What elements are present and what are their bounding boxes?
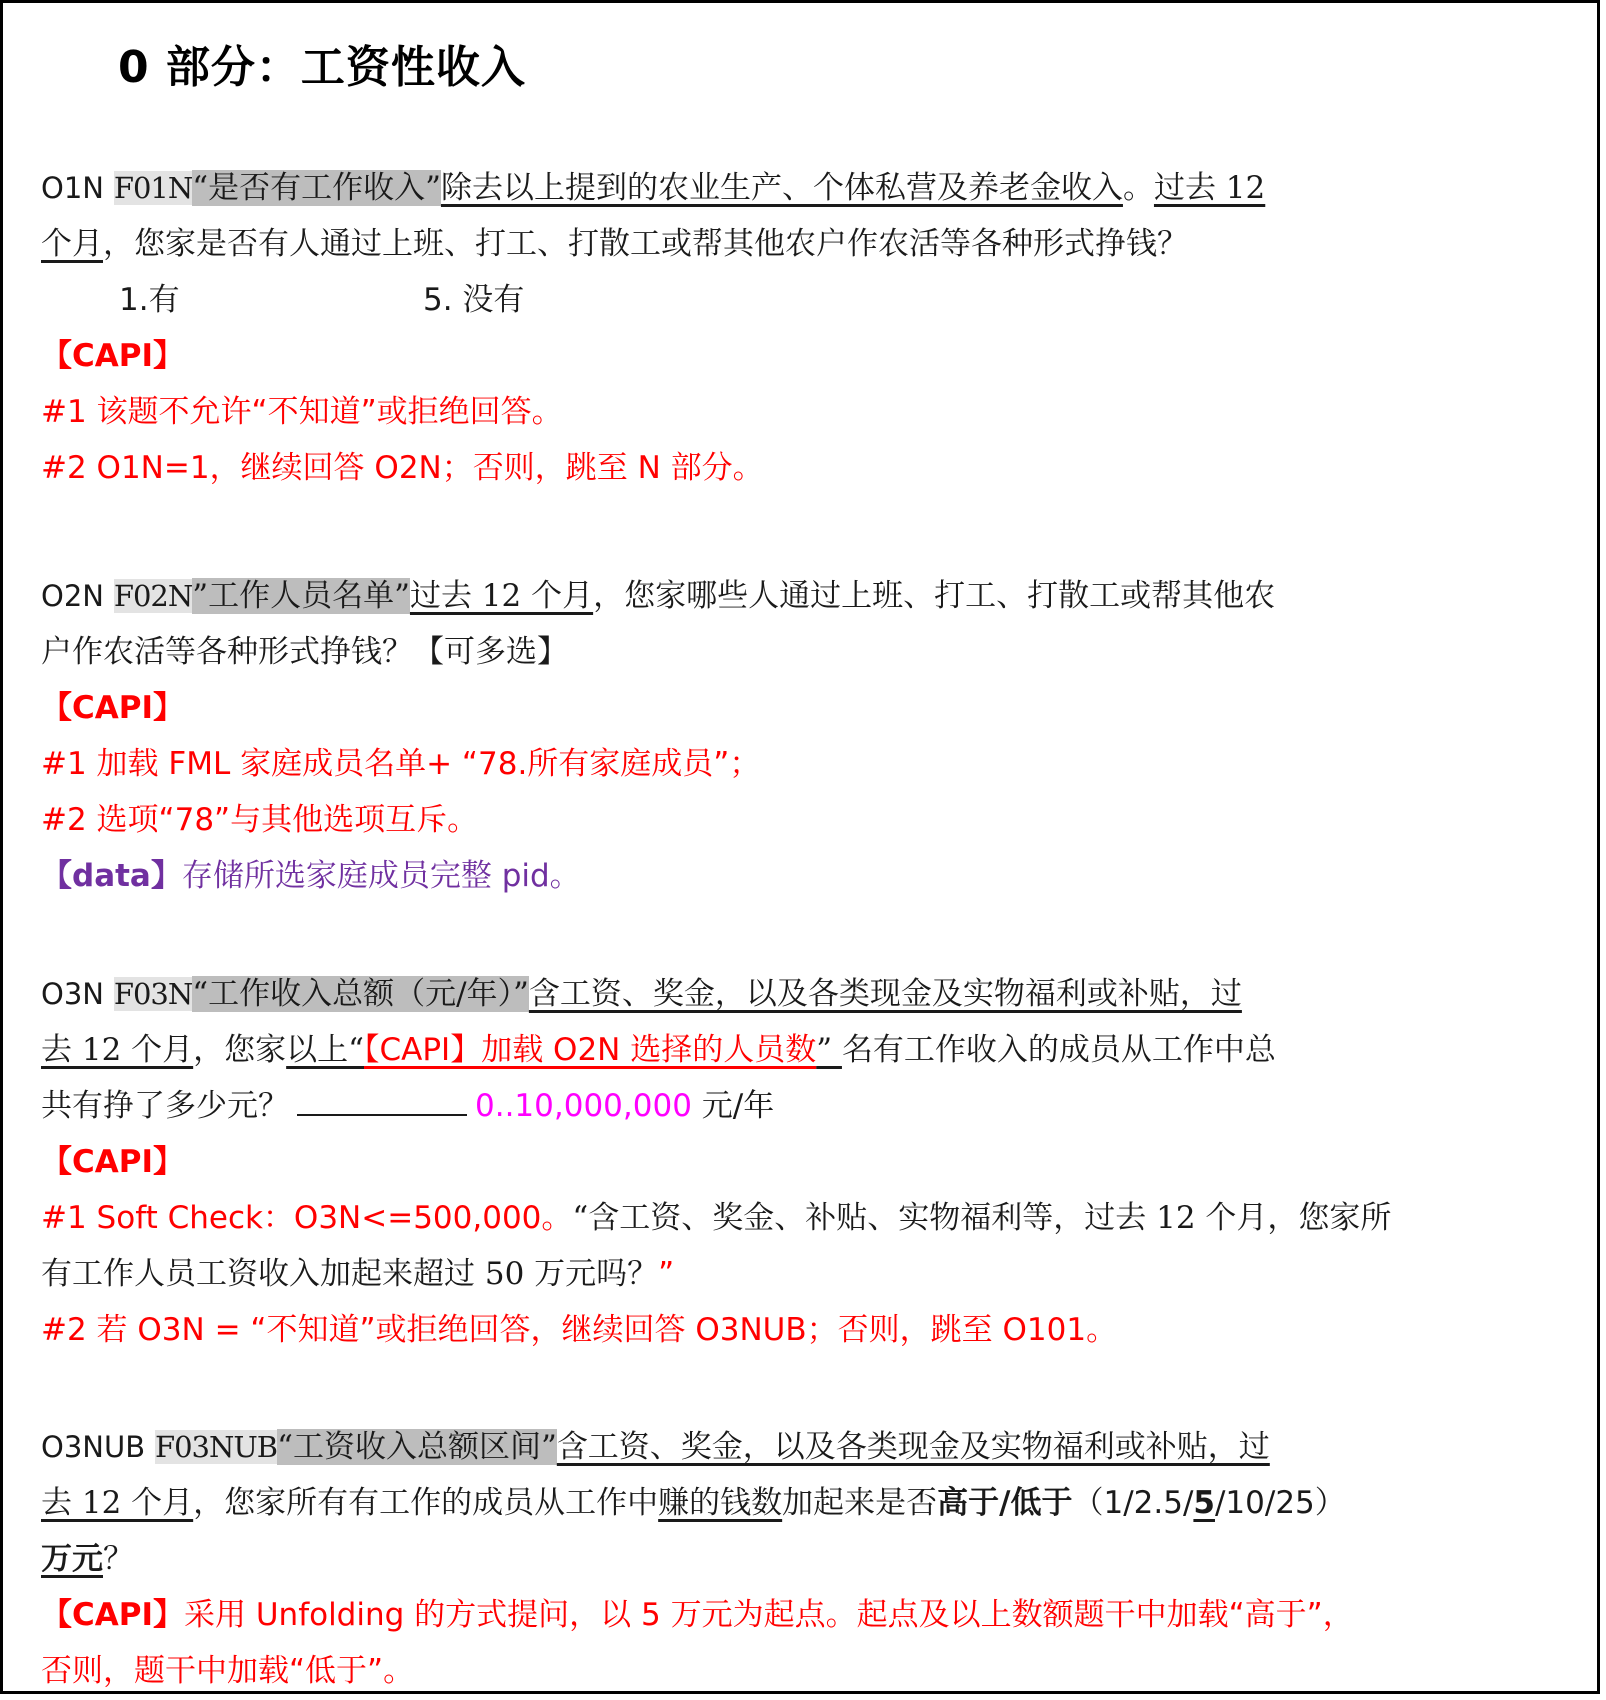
question-o1n: O1N F01N“是否有工作收入”除去以上提到的农业生产、个体私营及养老金收入。… [41, 160, 1556, 496]
question-text: 赚的钱数 [658, 1485, 782, 1521]
question-text: 去 12 个月 [41, 1032, 193, 1068]
answer-blank [297, 1084, 467, 1116]
question-id: O3N [41, 977, 104, 1011]
question-label: “工作收入总额（元/年）” [192, 976, 529, 1012]
question-text: ，您家哪些人通过上班、打工、打散工或帮其他农 [593, 578, 1275, 614]
option-no: 5. 没有 [423, 272, 524, 328]
question-id: O2N [41, 579, 104, 613]
question-label: “工资收入总额区间” [277, 1429, 557, 1465]
variable-name: F02N [114, 579, 192, 613]
question-text: 过去 12 [1154, 170, 1265, 206]
option-yes: 1.有 [119, 272, 180, 328]
capi-inline-load: 【CAPI】加载 O2N 选择的人员数 [364, 1032, 816, 1068]
question-label: “是否有工作收入” [192, 170, 441, 206]
soft-check-prompt: 有工作人员工资收入加起来超过 50 万元吗？ [41, 1256, 658, 1292]
question-text: 去 12 个月 [41, 1485, 193, 1521]
threshold-list: /10/25） [1215, 1485, 1346, 1521]
capi-note: #2 选项“78”与其他选项互斥。 [41, 802, 478, 838]
question-o3nub: O3NUB F03NUB“工资收入总额区间”含工资、奖金，以及各类现金及实物福利… [41, 1419, 1556, 1699]
unit-wan-yuan: 万元 [41, 1541, 103, 1577]
document-page: 0 部分：工资性收入 O1N F01N“是否有工作收入”除去以上提到的农业生产、… [0, 0, 1600, 1694]
capi-note: 否则，题干中加载“低于”。 [41, 1653, 414, 1689]
section-title: 0 部分：工资性收入 [118, 31, 526, 95]
question-text: 加起来是否 [782, 1485, 937, 1521]
question-text: ，您家是否有人通过上班、打工、打散工或帮其他农户作农活等各种形式挣钱？ [103, 226, 1188, 262]
capi-tag: 【CAPI】 [41, 338, 184, 374]
capi-tag: 【CAPI】 [41, 1144, 184, 1180]
question-text: ，您家 [193, 1032, 286, 1068]
question-text: 过去 12 个月 [410, 578, 593, 614]
capi-note: #1 该题不允许“不知道”或拒绝回答。 [41, 394, 563, 430]
variable-name: F03N [114, 977, 192, 1011]
question-text: 户作农活等各种形式挣钱？【可多选】 [41, 634, 568, 670]
data-tag: 【data】 [41, 858, 182, 894]
capi-note: 采用 Unfolding 的方式提问，以 5 万元为起点。起点及以上数额题干中加… [184, 1597, 1354, 1633]
question-label: ”工作人员名单” [192, 578, 410, 614]
question-o2n: O2N F02N”工作人员名单”过去 12 个月，您家哪些人通过上班、打工、打散… [41, 568, 1556, 904]
question-text: 个月 [41, 226, 103, 262]
question-id: O3NUB [41, 1430, 145, 1464]
capi-note: #2 O1N=1，继续回答 O2N；否则，跳至 N 部分。 [41, 450, 764, 486]
threshold-list: （1/2.5/ [1072, 1485, 1193, 1521]
capi-tag: 【CAPI】 [41, 1597, 184, 1633]
question-text: 以上“ [286, 1032, 364, 1068]
answer-unit: 元/年 [702, 1088, 774, 1124]
soft-check: #1 Soft Check：O3N<=500,000。 [41, 1200, 572, 1236]
data-note: 存储所选家庭成员完整 pid。 [182, 858, 581, 894]
question-text: ” [816, 1032, 842, 1068]
soft-check-prompt: “含工资、奖金、补贴、实物福利等，过去 12 个月，您家所 [572, 1200, 1391, 1236]
question-text: ，您家所有有工作的成员从工作中 [193, 1485, 658, 1521]
threshold-start: 5 [1193, 1485, 1215, 1521]
capi-tag: 【CAPI】 [41, 690, 184, 726]
question-text: 除去以上提到的农业生产、个体私营及养老金收入 [441, 170, 1123, 206]
higher-lower: 高于/低于 [937, 1485, 1072, 1521]
capi-note: #2 若 O3N = “不知道”或拒绝回答，继续回答 O3NUB；否则，跳至 O… [41, 1312, 1117, 1348]
answer-range: 0..10,000,000 [475, 1088, 692, 1124]
question-text: 含工资、奖金，以及各类现金及实物福利或补贴，过 [529, 976, 1242, 1012]
question-o3n: O3N F03N“工作收入总额（元/年）”含工资、奖金，以及各类现金及实物福利或… [41, 966, 1556, 1358]
capi-note: #1 加载 FML 家庭成员名单+ “78.所有家庭成员”； [41, 746, 760, 782]
question-text: 共有挣了多少元？ [41, 1088, 289, 1124]
variable-name: F01N [114, 171, 192, 205]
question-mark: ？ [103, 1541, 134, 1577]
question-text: 含工资、奖金，以及各类现金及实物福利或补贴，过 [557, 1429, 1270, 1465]
punctuation: 。 [1123, 170, 1154, 206]
question-id: O1N [41, 171, 104, 205]
soft-check-close-quote: ” [658, 1256, 674, 1292]
question-text: 名有工作收入的成员从工作中总 [842, 1032, 1276, 1068]
variable-name: F03NUB [155, 1430, 277, 1464]
